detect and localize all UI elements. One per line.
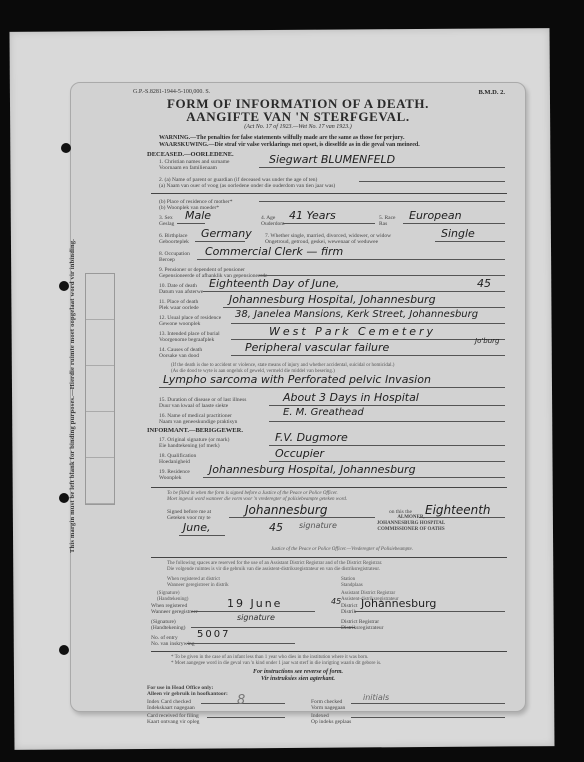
justice-signature: signature bbox=[299, 521, 337, 530]
justice-instruction-en: To be filled in when the form is signed … bbox=[167, 491, 338, 496]
footnote-af: * Moet aangegee word in die geval van 'n… bbox=[171, 661, 381, 666]
cause-of-death-value: Peripheral vascular failure bbox=[245, 341, 389, 354]
field-indexed[interactable]: IndexedOp indeks geplaas bbox=[311, 711, 505, 729]
divider bbox=[151, 651, 507, 652]
field-parent-guardian[interactable]: 2. (a) Name of parent or guardian (if de… bbox=[159, 175, 505, 193]
footnote-en: * To be given in the case of an infant l… bbox=[171, 655, 368, 660]
informant-qualification-value: Occupier bbox=[275, 447, 324, 460]
death-form: This margin must be left blank for bindi… bbox=[70, 82, 526, 712]
almoner-stamp: ALMONER,JOHANNESBURG HOSPITALCOMMISSIONE… bbox=[361, 515, 461, 533]
death-year-value: 45 bbox=[477, 277, 491, 290]
binding-margin-note: This margin must be left blank for bindi… bbox=[69, 133, 76, 553]
warning-en: WARNING.—The penalties for false stateme… bbox=[159, 135, 505, 141]
instructions-en: For instructions see reverse of form. bbox=[71, 669, 525, 675]
registrar-intro-af: Die volgende ruimtes is vir die gebruik … bbox=[167, 567, 380, 572]
form-title-af: AANGIFTE VAN 'N STERFGEVAL. bbox=[71, 109, 525, 125]
cause-instructions: (If the death is due to accident or viol… bbox=[171, 363, 394, 368]
justice-caption: Justice of the Peace or Police Officer.—… bbox=[271, 547, 413, 552]
field-card-received[interactable]: Card received for filingKaart ontvang vi… bbox=[147, 711, 285, 729]
burial-place-value: West Park Cemetery bbox=[269, 325, 436, 338]
entry-number-value: 5007 bbox=[197, 629, 230, 640]
signed-year-value: 45 bbox=[269, 521, 283, 534]
instructions-af: Vir instruksies sien agterkant. bbox=[71, 676, 525, 682]
field-christian-names[interactable]: 1. Christian names and surnameVoornaam e… bbox=[159, 157, 505, 175]
form-checked-value: initials bbox=[363, 693, 389, 702]
informant-section-label: INFORMANT.—BERIGGEWER. bbox=[147, 427, 243, 434]
race-value: European bbox=[409, 209, 462, 222]
marital-status-value: Single bbox=[441, 227, 475, 240]
warning-af: WAARSKUWING.—Die straf vir valse verklar… bbox=[159, 142, 505, 148]
field-informant-residence[interactable]: 19. ResidenceWoonplek Johannesburg Hospi… bbox=[159, 467, 505, 485]
registrar-intro-en: The following spaces are reserved for th… bbox=[167, 561, 382, 566]
binding-hole bbox=[59, 281, 69, 291]
informant-signature-value: F.V. Dugmore bbox=[275, 431, 348, 444]
divider bbox=[151, 487, 507, 488]
practitioner-value: E. M. Greathead bbox=[283, 407, 364, 418]
deceased-name-value: Siegwart BLUMENFELD bbox=[269, 153, 395, 166]
date-of-death-value: Eighteenth Day of June, bbox=[209, 277, 339, 290]
binding-hole bbox=[59, 645, 69, 655]
field-causes-of-death[interactable]: 14. Causes of deathOorsake van dood Peri… bbox=[159, 345, 505, 363]
signed-place-value: Johannesburg bbox=[245, 503, 327, 517]
print-code: G.P.-S.8281-1944-5-100,000. S. bbox=[133, 89, 210, 95]
form-reference: B.M.D. 2. bbox=[478, 89, 505, 96]
divider bbox=[151, 193, 507, 194]
divider bbox=[151, 557, 507, 558]
usual-residence-value: 38, Janelea Mansions, Kerk Street, Johan… bbox=[235, 309, 478, 320]
duration-value: About 3 Days in Hospital bbox=[283, 391, 419, 404]
signed-month-value: June, bbox=[183, 521, 210, 534]
act-reference: (Act No. 17 of 1923.—Wet No. 17 van 1923… bbox=[71, 124, 525, 130]
occupation-value: Commercial Clerk — firm bbox=[205, 245, 343, 258]
sex-value: Male bbox=[185, 209, 211, 222]
margin-stamp-boxes bbox=[85, 273, 115, 505]
binding-hole bbox=[59, 493, 69, 503]
age-value: 41 Years bbox=[289, 209, 336, 222]
place-of-death-value: Johannesburg Hospital, Johannesburg bbox=[229, 293, 436, 306]
birthplace-value: Germany bbox=[201, 227, 252, 240]
index-card-value: 8 bbox=[237, 693, 245, 708]
district-value: Johannesburg bbox=[361, 597, 436, 610]
registrar-signature: signature bbox=[237, 613, 275, 622]
secondary-cause-value: Lympho sarcoma with Perforated pelvic In… bbox=[163, 373, 431, 386]
cause-note: Jo'burg bbox=[475, 337, 499, 345]
registered-date-value: 19 June bbox=[227, 597, 282, 610]
justice-instruction-af: Moet ingevul word wanneer die vorm voor … bbox=[167, 497, 347, 502]
informant-residence-value: Johannesburg Hospital, Johannesburg bbox=[209, 463, 416, 476]
field-entry-number[interactable]: No. of entryNo. van inskrywing 5007 bbox=[151, 633, 295, 651]
